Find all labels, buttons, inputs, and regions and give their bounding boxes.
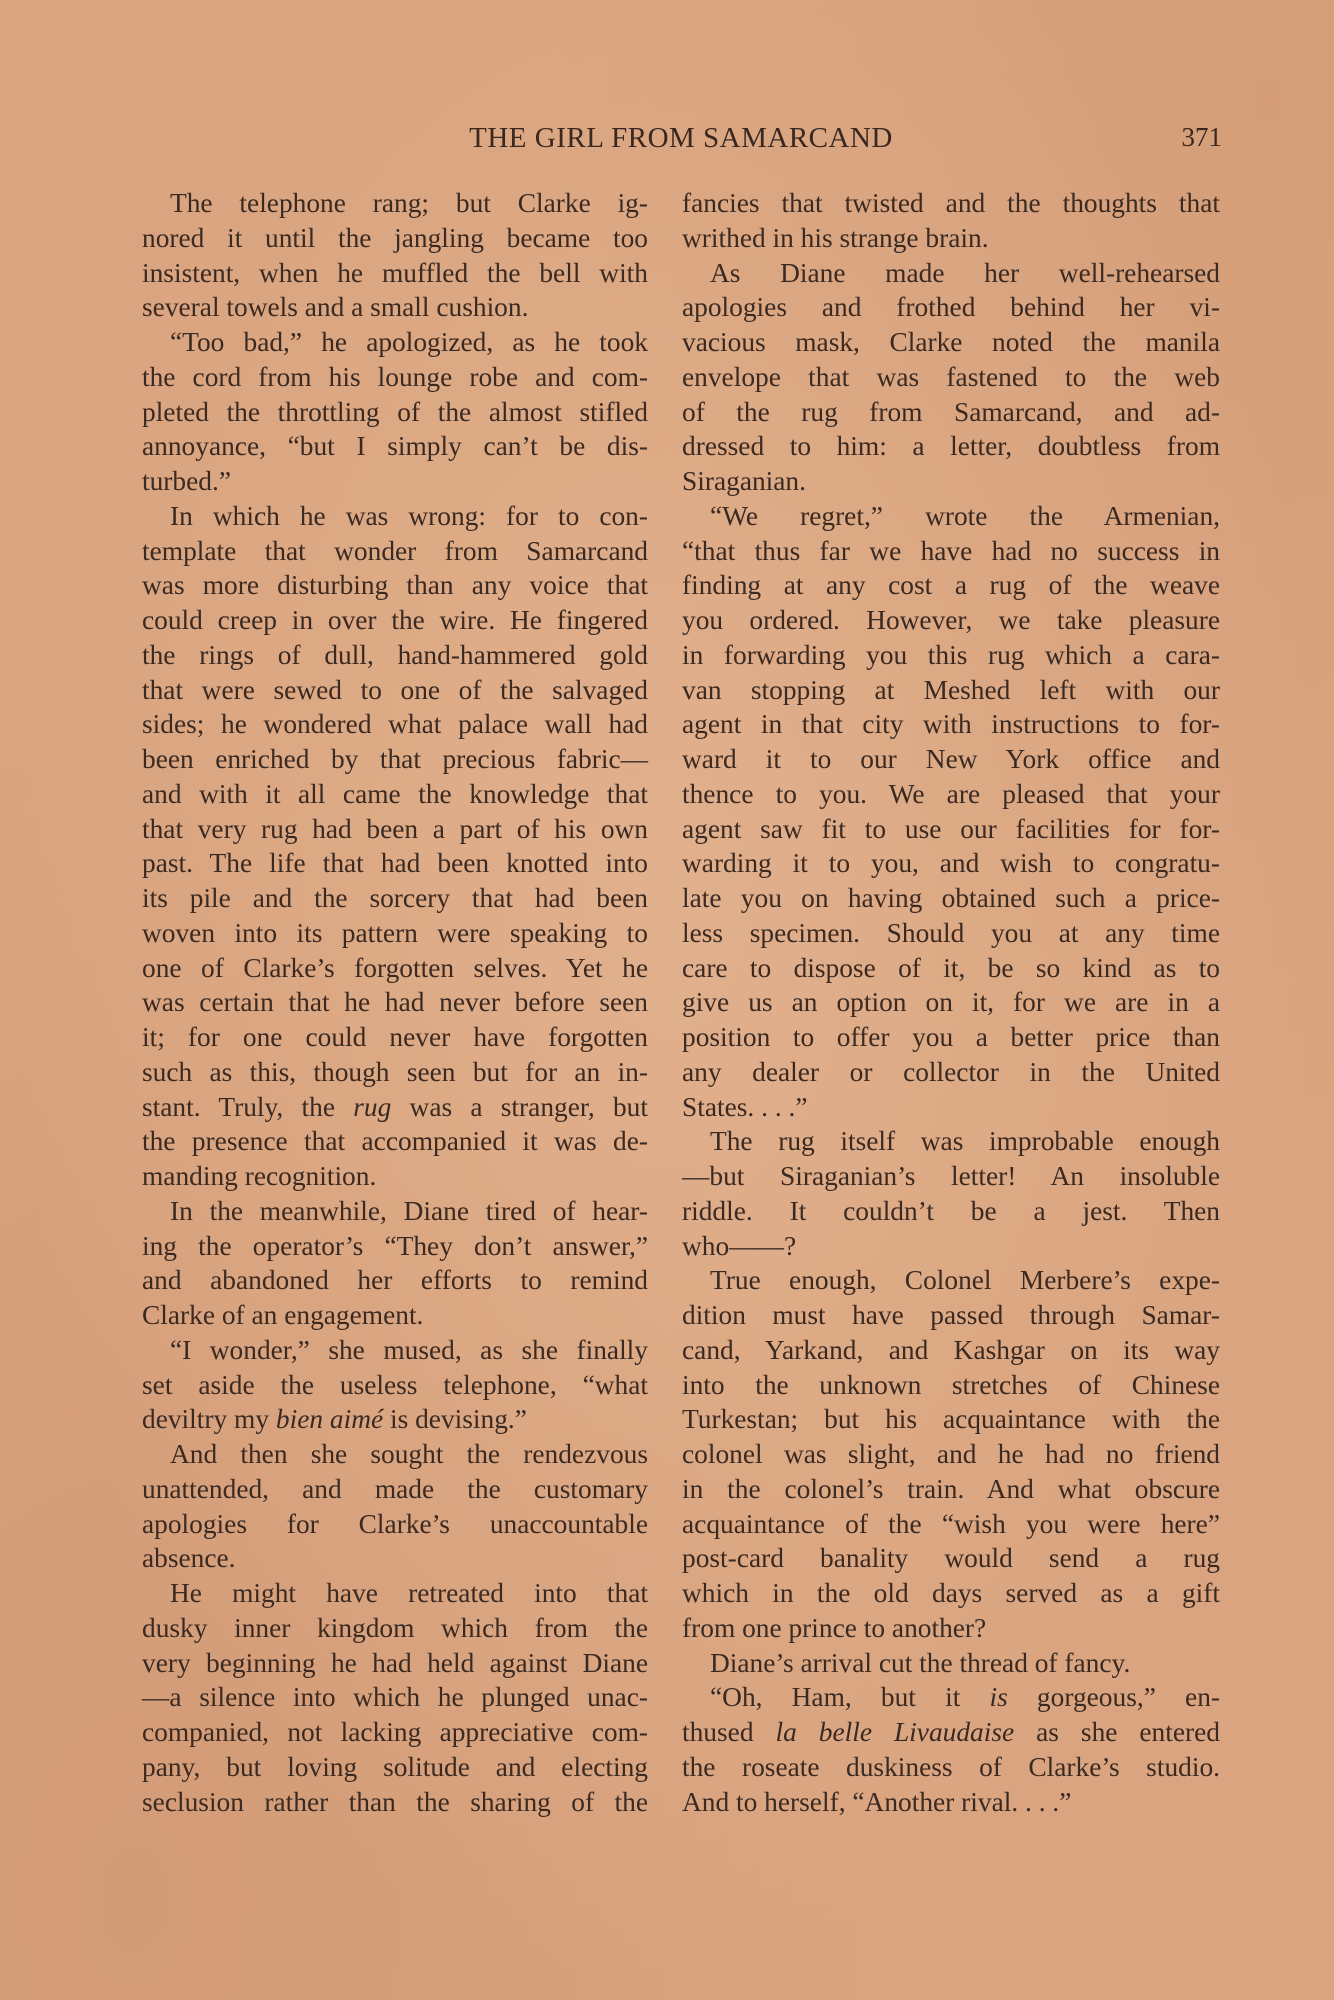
text-line: manding recognition. (142, 1159, 648, 1194)
text-line: acquaintance of the “wish you were here” (682, 1507, 1220, 1542)
text-line: “We regret,” wrote the Armenian, (682, 499, 1220, 534)
text-line: colonel was slight, and he had no friend (682, 1437, 1220, 1472)
text-line: States. . . .” (682, 1090, 1220, 1125)
text-line: its pile and the sorcery that had been (142, 881, 648, 916)
text-line: envelope that was fastened to the web (682, 360, 1220, 395)
text-line: it; for one could never have forgotten (142, 1020, 648, 1055)
text-line: companied, not lacking appreciative com- (142, 1715, 648, 1750)
text-line: He might have retreated into that (142, 1576, 648, 1611)
text-line: riddle. It couldn’t be a jest. Then (682, 1194, 1220, 1229)
text-line: set aside the useless telephone, “what (142, 1368, 648, 1403)
text-line: Turkestan; but his acquaintance with the (682, 1402, 1220, 1437)
text-line: several towels and a small cushion. (142, 290, 648, 325)
text-line: —but Siraganian’s letter! An insoluble (682, 1159, 1220, 1194)
text-line: the rings of dull, hand-hammered gold (142, 638, 648, 673)
text-line: thused la belle Livaudaise as she entere… (682, 1715, 1220, 1750)
text-line: ward it to our New York office and (682, 742, 1220, 777)
text-line: dition must have passed through Samar- (682, 1298, 1220, 1333)
text-line: that were sewed to one of the salvaged (142, 673, 648, 708)
text-line: woven into its pattern were speaking to (142, 916, 648, 951)
text-line: that very rug had been a part of his own (142, 812, 648, 847)
text-line: Clarke of an engagement. (142, 1298, 648, 1333)
text-line: The rug itself was improbable enough (682, 1124, 1220, 1159)
text-line: pany, but loving solitude and electing (142, 1750, 648, 1785)
text-column-left: The telephone rang; but Clarke ig-nored … (142, 186, 648, 1819)
italic-text: bien aimé (276, 1404, 383, 1434)
text-line: from one prince to another? (682, 1611, 1220, 1646)
text-line: could creep in over the wire. He fingere… (142, 603, 648, 638)
text-line: In which he was wrong: for to con- (142, 499, 648, 534)
text-line: annoyance, “but I simply can’t be dis- (142, 429, 648, 464)
text-run: as she entered (1014, 1717, 1220, 1747)
text-line: vacious mask, Clarke noted the manila (682, 325, 1220, 360)
running-title: THE GIRL FROM SAMARCAND (140, 122, 1222, 155)
text-line: stant. Truly, the rug was a stranger, bu… (142, 1090, 648, 1125)
text-line: “that thus far we have had no success in (682, 534, 1220, 569)
text-line: nored it until the jangling became too (142, 221, 648, 256)
text-line: The telephone rang; but Clarke ig- (142, 186, 648, 221)
text-column-right: fancies that twisted and the thoughts th… (682, 186, 1220, 1819)
text-line: cand, Yarkand, and Kashgar on its way (682, 1333, 1220, 1368)
text-run: is devising.” (383, 1404, 527, 1434)
text-line: absence. (142, 1541, 648, 1576)
text-line: As Diane made her well-rehearsed (682, 256, 1220, 291)
text-line: writhed in his strange brain. (682, 221, 1220, 256)
text-line: deviltry my bien aimé is devising.” (142, 1402, 648, 1437)
text-line: seclusion rather than the sharing of the (142, 1785, 648, 1820)
text-line: one of Clarke’s forgotten selves. Yet he (142, 951, 648, 986)
text-line: And to herself, “Another rival. . . .” (682, 1785, 1220, 1820)
text-run: was a stranger, but (391, 1092, 648, 1122)
page-number: 371 (1182, 122, 1223, 153)
text-line: insistent, when he muffled the bell with (142, 256, 648, 291)
text-line: such as this, though seen but for an in- (142, 1055, 648, 1090)
text-line: Diane’s arrival cut the thread of fancy. (682, 1646, 1220, 1681)
text-line: van stopping at Meshed left with our (682, 673, 1220, 708)
text-line: apologies for Clarke’s unaccountable (142, 1507, 648, 1542)
text-line: finding at any cost a rug of the weave (682, 568, 1220, 603)
text-line: into the unknown stretches of Chinese (682, 1368, 1220, 1403)
text-line: and with it all came the knowledge that (142, 777, 648, 812)
text-line: who——? (682, 1229, 1220, 1264)
text-line: apologies and frothed behind her vi- (682, 290, 1220, 325)
text-line: ing the operator’s “They don’t answer,” (142, 1229, 648, 1264)
text-line: in forwarding you this rug which a cara- (682, 638, 1220, 673)
text-line: agent saw fit to use our facilities for … (682, 812, 1220, 847)
text-run: “Oh, Ham, but it (710, 1682, 989, 1712)
text-line: give us an option on it, for we are in a (682, 985, 1220, 1020)
text-line: dressed to him: a letter, doubtless from (682, 429, 1220, 464)
text-line: True enough, Colonel Merbere’s expe- (682, 1263, 1220, 1298)
text-line: was more disturbing than any voice that (142, 568, 648, 603)
text-line: care to dispose of it, be so kind as to (682, 951, 1220, 986)
text-line: Siraganian. (682, 464, 1220, 499)
text-run: gorgeous,” en- (1008, 1682, 1220, 1712)
text-line: the presence that accompanied it was de- (142, 1124, 648, 1159)
text-line: late you on having obtained such a price… (682, 881, 1220, 916)
text-line: of the rug from Samarcand, and ad- (682, 395, 1220, 430)
text-line: sides; he wondered what palace wall had (142, 707, 648, 742)
book-page: THE GIRL FROM SAMARCAND 371 The telephon… (0, 0, 1334, 2000)
text-line: pleted the throttling of the almost stif… (142, 395, 648, 430)
text-run: stant. Truly, the (142, 1092, 353, 1122)
text-line: the cord from his lounge robe and com- (142, 360, 648, 395)
text-line: and abandoned her efforts to remind (142, 1263, 648, 1298)
text-line: any dealer or collector in the United (682, 1055, 1220, 1090)
running-head: THE GIRL FROM SAMARCAND 371 (140, 122, 1222, 162)
text-line: agent in that city with instructions to … (682, 707, 1220, 742)
text-line: turbed.” (142, 464, 648, 499)
text-line: been enriched by that precious fabric— (142, 742, 648, 777)
text-line: position to offer you a better price tha… (682, 1020, 1220, 1055)
italic-text: is (989, 1682, 1007, 1712)
text-line: the roseate duskiness of Clarke’s studio… (682, 1750, 1220, 1785)
text-line: past. The life that had been knotted int… (142, 846, 648, 881)
text-line: was certain that he had never before see… (142, 985, 648, 1020)
text-line: In the meanwhile, Diane tired of hear- (142, 1194, 648, 1229)
text-line: unattended, and made the customary (142, 1472, 648, 1507)
text-line: you ordered. However, we take pleasure (682, 603, 1220, 638)
text-line: thence to you. We are pleased that your (682, 777, 1220, 812)
text-line: very beginning he had held against Diane (142, 1646, 648, 1681)
italic-text: la belle Livaudaise (775, 1717, 1014, 1747)
text-run: deviltry my (142, 1404, 276, 1434)
text-line: in the colonel’s train. And what obscure (682, 1472, 1220, 1507)
text-line: —a silence into which he plunged unac- (142, 1680, 648, 1715)
text-line: “Too bad,” he apologized, as he took (142, 325, 648, 360)
text-line: less specimen. Should you at any time (682, 916, 1220, 951)
text-line: warding it to you, and wish to congratu- (682, 846, 1220, 881)
text-line: template that wonder from Samarcand (142, 534, 648, 569)
text-line: post-card banality would send a rug (682, 1541, 1220, 1576)
text-line: which in the old days served as a gift (682, 1576, 1220, 1611)
italic-text: rug (353, 1092, 391, 1122)
text-line: dusky inner kingdom which from the (142, 1611, 648, 1646)
text-line: fancies that twisted and the thoughts th… (682, 186, 1220, 221)
text-line: And then she sought the rendezvous (142, 1437, 648, 1472)
text-line: “I wonder,” she mused, as she finally (142, 1333, 648, 1368)
text-line: “Oh, Ham, but it is gorgeous,” en- (682, 1680, 1220, 1715)
text-run: thused (682, 1717, 775, 1747)
